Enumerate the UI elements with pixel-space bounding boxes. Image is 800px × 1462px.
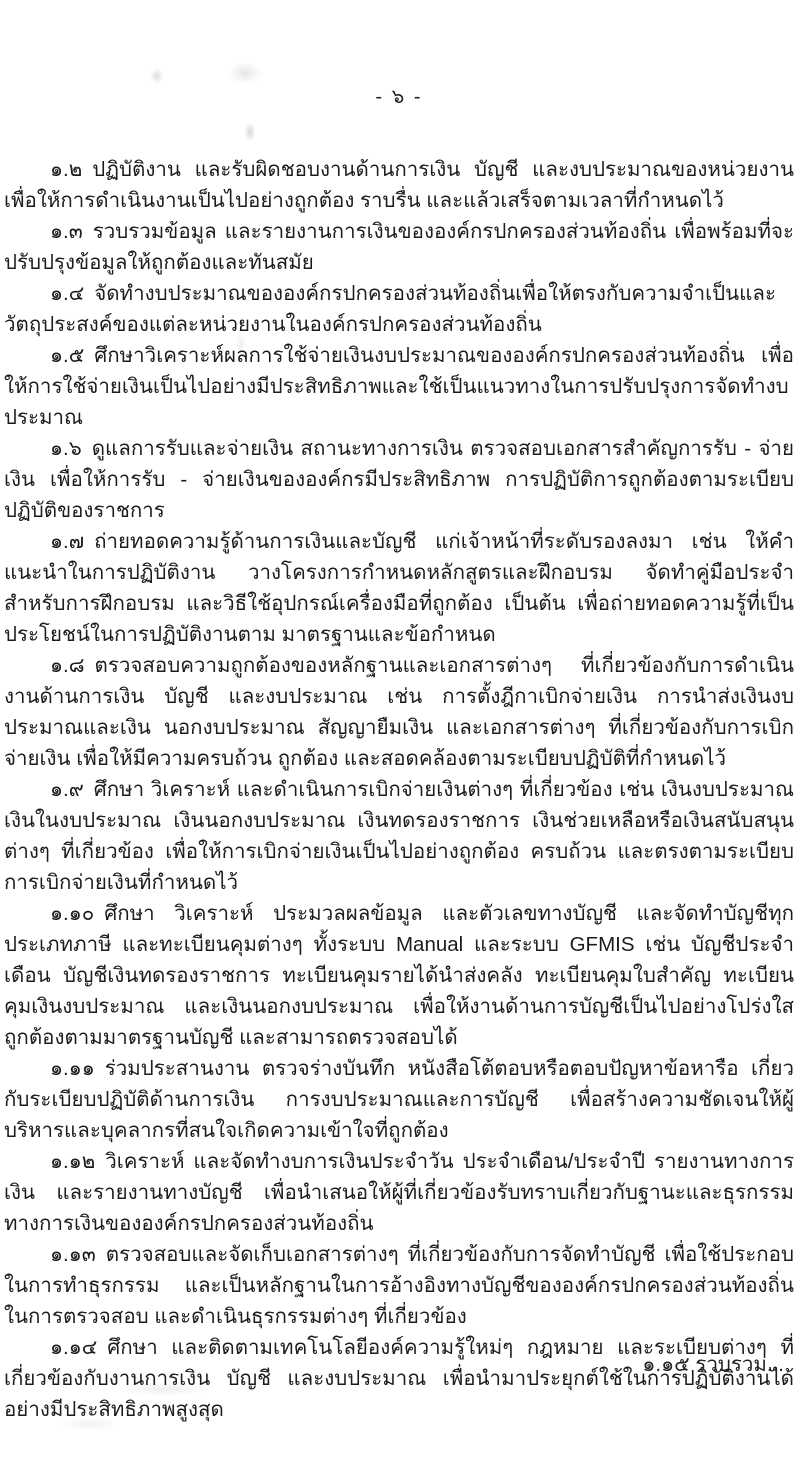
document-paragraph: ๑.๓รวบรวมข้อมูล และรายงานการเงินขององค์ก… bbox=[4, 216, 794, 278]
paragraph-number: ๑.๙ bbox=[50, 778, 84, 801]
continuation-marker: ๑.๑๕ รวบรวม... bbox=[642, 1348, 784, 1381]
document-paragraph: ๑.๑๑ร่วมประสานงาน ตรวจร่างบันทึก หนังสือ… bbox=[4, 1053, 794, 1146]
paragraph-text: ตรวจสอบและจัดเก็บเอกสารต่างๆ ที่เกี่ยวข้… bbox=[4, 1243, 794, 1328]
paragraph-number: ๑.๕ bbox=[50, 344, 84, 367]
document-paragraph: ๑.๗ถ่ายทอดความรู้ด้านการเงินและบัญชี แก่… bbox=[4, 526, 794, 650]
document-paragraph: ๑.๑๓ตรวจสอบและจัดเก็บเอกสารต่างๆ ที่เกี่… bbox=[4, 1239, 794, 1332]
document-page: - ๖ - ๑.๒ปฏิบัติงาน และรับผิดชอบงานด้านก… bbox=[0, 0, 800, 1462]
paragraph-number: ๑.๒ bbox=[50, 158, 82, 181]
page-number: - ๖ - bbox=[4, 80, 794, 112]
paragraph-text: ถ่ายทอดความรู้ด้านการเงินและบัญชี แก่เจ้… bbox=[4, 530, 794, 646]
document-paragraph: ๑.๑๐ศึกษา วิเคราะห์ ประมวลผลข้อมูล และตั… bbox=[4, 898, 794, 1053]
paragraph-number: ๑.๑๓ bbox=[50, 1243, 96, 1266]
paragraph-text: วิเคราะห์ และจัดทำงบการเงินประจำวัน ประจ… bbox=[4, 1150, 794, 1235]
paragraph-number: ๑.๑๔ bbox=[50, 1336, 97, 1359]
document-paragraph: ๑.๒ปฏิบัติงาน และรับผิดชอบงานด้านการเงิน… bbox=[4, 154, 794, 216]
paragraph-text: จัดทำงบประมาณขององค์กรปกครองส่วนท้องถิ่น… bbox=[4, 282, 776, 336]
scanned-document-page: { "page": { "number": "- ๖ -", "continua… bbox=[0, 0, 800, 1462]
document-paragraph: ๑.๑๒วิเคราะห์ และจัดทำงบการเงินประจำวัน … bbox=[4, 1146, 794, 1239]
paragraph-text: ศึกษา วิเคราะห์ ประมวลผลข้อมูล และตัวเลข… bbox=[4, 902, 794, 1049]
paragraph-number: ๑.๓ bbox=[50, 220, 83, 243]
paragraph-text: รวบรวมข้อมูล และรายงานการเงินขององค์กรปก… bbox=[4, 220, 794, 274]
paragraph-text: ตรวจสอบความถูกต้องของหลักฐานและเอกสารต่า… bbox=[4, 654, 794, 770]
document-paragraph: ๑.๘ตรวจสอบความถูกต้องของหลักฐานและเอกสาร… bbox=[4, 650, 794, 774]
document-paragraph: ๑.๙ศึกษา วิเคราะห์ และดำเนินการเบิกจ่ายเ… bbox=[4, 774, 794, 898]
paragraph-text: ปฏิบัติงาน และรับผิดชอบงานด้านการเงิน บั… bbox=[4, 158, 794, 212]
paragraph-number: ๑.๑๐ bbox=[50, 902, 94, 925]
paragraph-number: ๑.๘ bbox=[50, 654, 85, 677]
paragraph-number: ๑.๗ bbox=[50, 530, 84, 553]
paragraph-number: ๑.๔ bbox=[50, 282, 84, 305]
paragraph-text: ศึกษาวิเคราะห์ผลการใช้จ่ายเงินงบประมาณขอ… bbox=[4, 344, 794, 429]
document-body: ๑.๒ปฏิบัติงาน และรับผิดชอบงานด้านการเงิน… bbox=[4, 154, 794, 1425]
paragraph-text: ดูแลการรับและจ่ายเงิน สถานะทางการเงิน ตร… bbox=[4, 437, 794, 522]
document-paragraph: ๑.๕ศึกษาวิเคราะห์ผลการใช้จ่ายเงินงบประมา… bbox=[4, 340, 794, 433]
paragraph-text: ศึกษา วิเคราะห์ และดำเนินการเบิกจ่ายเงิน… bbox=[4, 778, 794, 894]
paragraph-number: ๑.๖ bbox=[50, 437, 82, 460]
paragraph-number: ๑.๑๑ bbox=[50, 1057, 95, 1080]
document-paragraph: ๑.๖ดูแลการรับและจ่ายเงิน สถานะทางการเงิน… bbox=[4, 433, 794, 526]
paragraph-text: ร่วมประสานงาน ตรวจร่างบันทึก หนังสือโต้ต… bbox=[4, 1057, 794, 1142]
paragraph-number: ๑.๑๒ bbox=[50, 1150, 95, 1173]
document-paragraph: ๑.๔จัดทำงบประมาณขององค์กรปกครองส่วนท้องถ… bbox=[4, 278, 794, 340]
